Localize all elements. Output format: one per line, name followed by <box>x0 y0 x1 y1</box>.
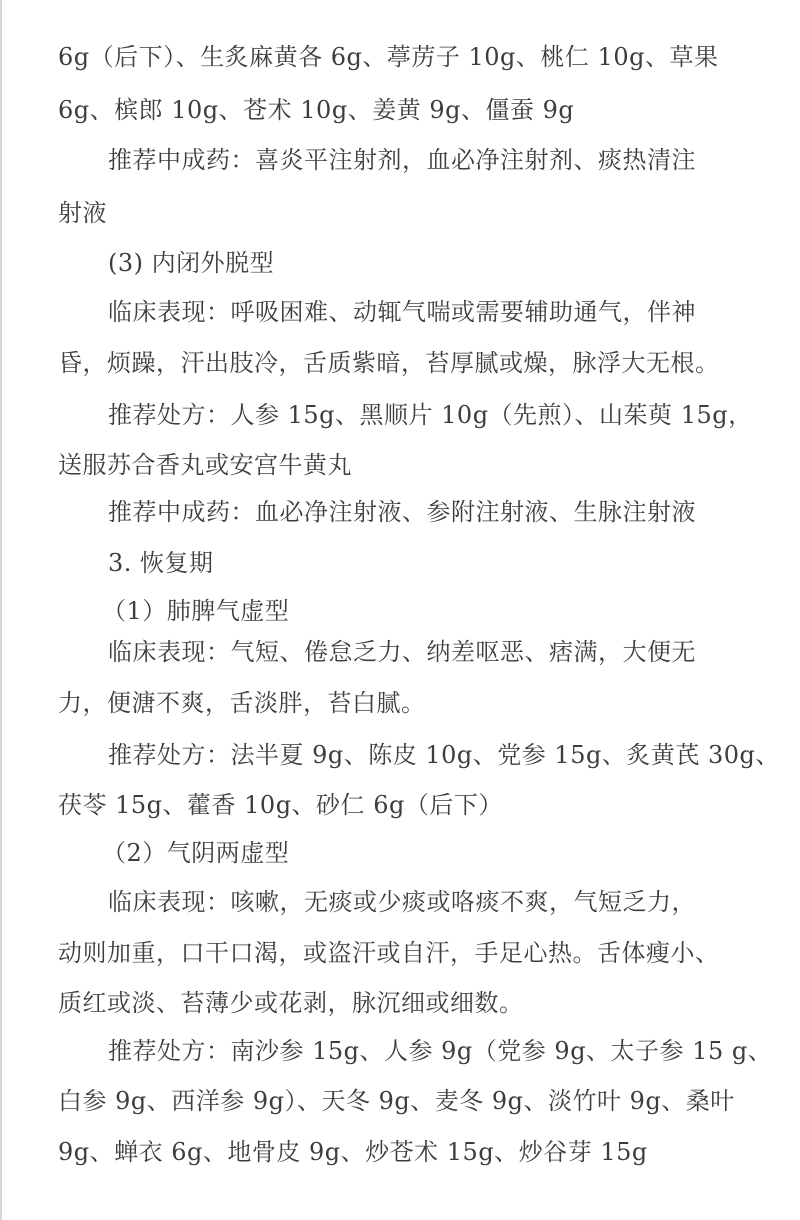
recommended-patent-medicine-line-2: 射液 <box>58 198 107 228</box>
section-heading-lung-spleen-qi-deficiency: （1）肺脾气虚型 <box>102 596 289 626</box>
clinical-manifestation-line-3: 质红或淡、苔薄少或花剥，脉沉细或细数。 <box>58 988 524 1018</box>
clinical-manifestation-line-1: 临床表现：呼吸困难、动辄气喘或需要辅助通气，伴神 <box>108 297 696 327</box>
clinical-manifestation-line-2: 力，便溏不爽，舌淡胖，苔白腻。 <box>58 688 426 718</box>
clinical-manifestation-line-1: 临床表现：咳嗽，无痰或少痰或咯痰不爽，气短乏力， <box>108 887 696 917</box>
clinical-manifestation-line-2: 昏，烦躁，汗出肢冷，舌质紫暗，苔厚腻或燥，脉浮大无根。 <box>58 348 720 378</box>
recommended-prescription-line-2: 茯苓 15g、藿香 10g、砂仁 6g（后下） <box>58 790 503 820</box>
recommended-prescription-line-2: 白参 9g、西洋参 9g）、天冬 9g、麦冬 9g、淡竹叶 9g、桑叶 <box>58 1086 735 1116</box>
recommended-prescription-line-2: 送服苏合香丸或安宫牛黄丸 <box>58 450 352 480</box>
section-heading-inner-closure-outer-collapse: (3) 内闭外脱型 <box>108 248 274 278</box>
clinical-manifestation-line-2: 动则加重，口干口渴，或盗汗或自汗，手足心热。舌体瘦小、 <box>58 938 720 968</box>
recommended-prescription-line-1: 推荐处方：法半夏 9g、陈皮 10g、党参 15g、炙黄芪 30g、 <box>108 740 780 770</box>
prescription-continued-line-1: 6g（后下）、生炙麻黄各 6g、葶苈子 10g、桃仁 10g、草果 <box>58 42 718 72</box>
clinical-manifestation-line-1: 临床表现：气短、倦怠乏力、纳差呕恶、痞满，大便无 <box>108 637 696 667</box>
section-heading-qi-yin-deficiency: （2）气阴两虚型 <box>102 838 289 868</box>
recommended-prescription-line-3: 9g、蝉衣 6g、地骨皮 9g、炒苍术 15g、炒谷芽 15g <box>58 1137 648 1167</box>
section-heading-recovery-period: 3. 恢复期 <box>108 548 214 578</box>
recommended-prescription-line-1: 推荐处方：南沙参 15g、人参 9g（党参 9g、太子参 15 g、 <box>108 1036 772 1066</box>
recommended-patent-medicine-line: 推荐中成药：血必净注射液、参附注射液、生脉注射液 <box>108 497 696 527</box>
prescription-continued-line-2: 6g、槟郎 10g、苍术 10g、姜黄 9g、僵蚕 9g <box>58 95 574 125</box>
document-page: 6g（后下）、生炙麻黄各 6g、葶苈子 10g、桃仁 10g、草果 6g、槟郎 … <box>0 0 800 1220</box>
recommended-patent-medicine-line-1: 推荐中成药：喜炎平注射剂，血必净注射剂、痰热清注 <box>108 145 696 175</box>
recommended-prescription-line-1: 推荐处方：人参 15g、黑顺片 10g（先煎）、山茱萸 15g， <box>108 400 753 430</box>
